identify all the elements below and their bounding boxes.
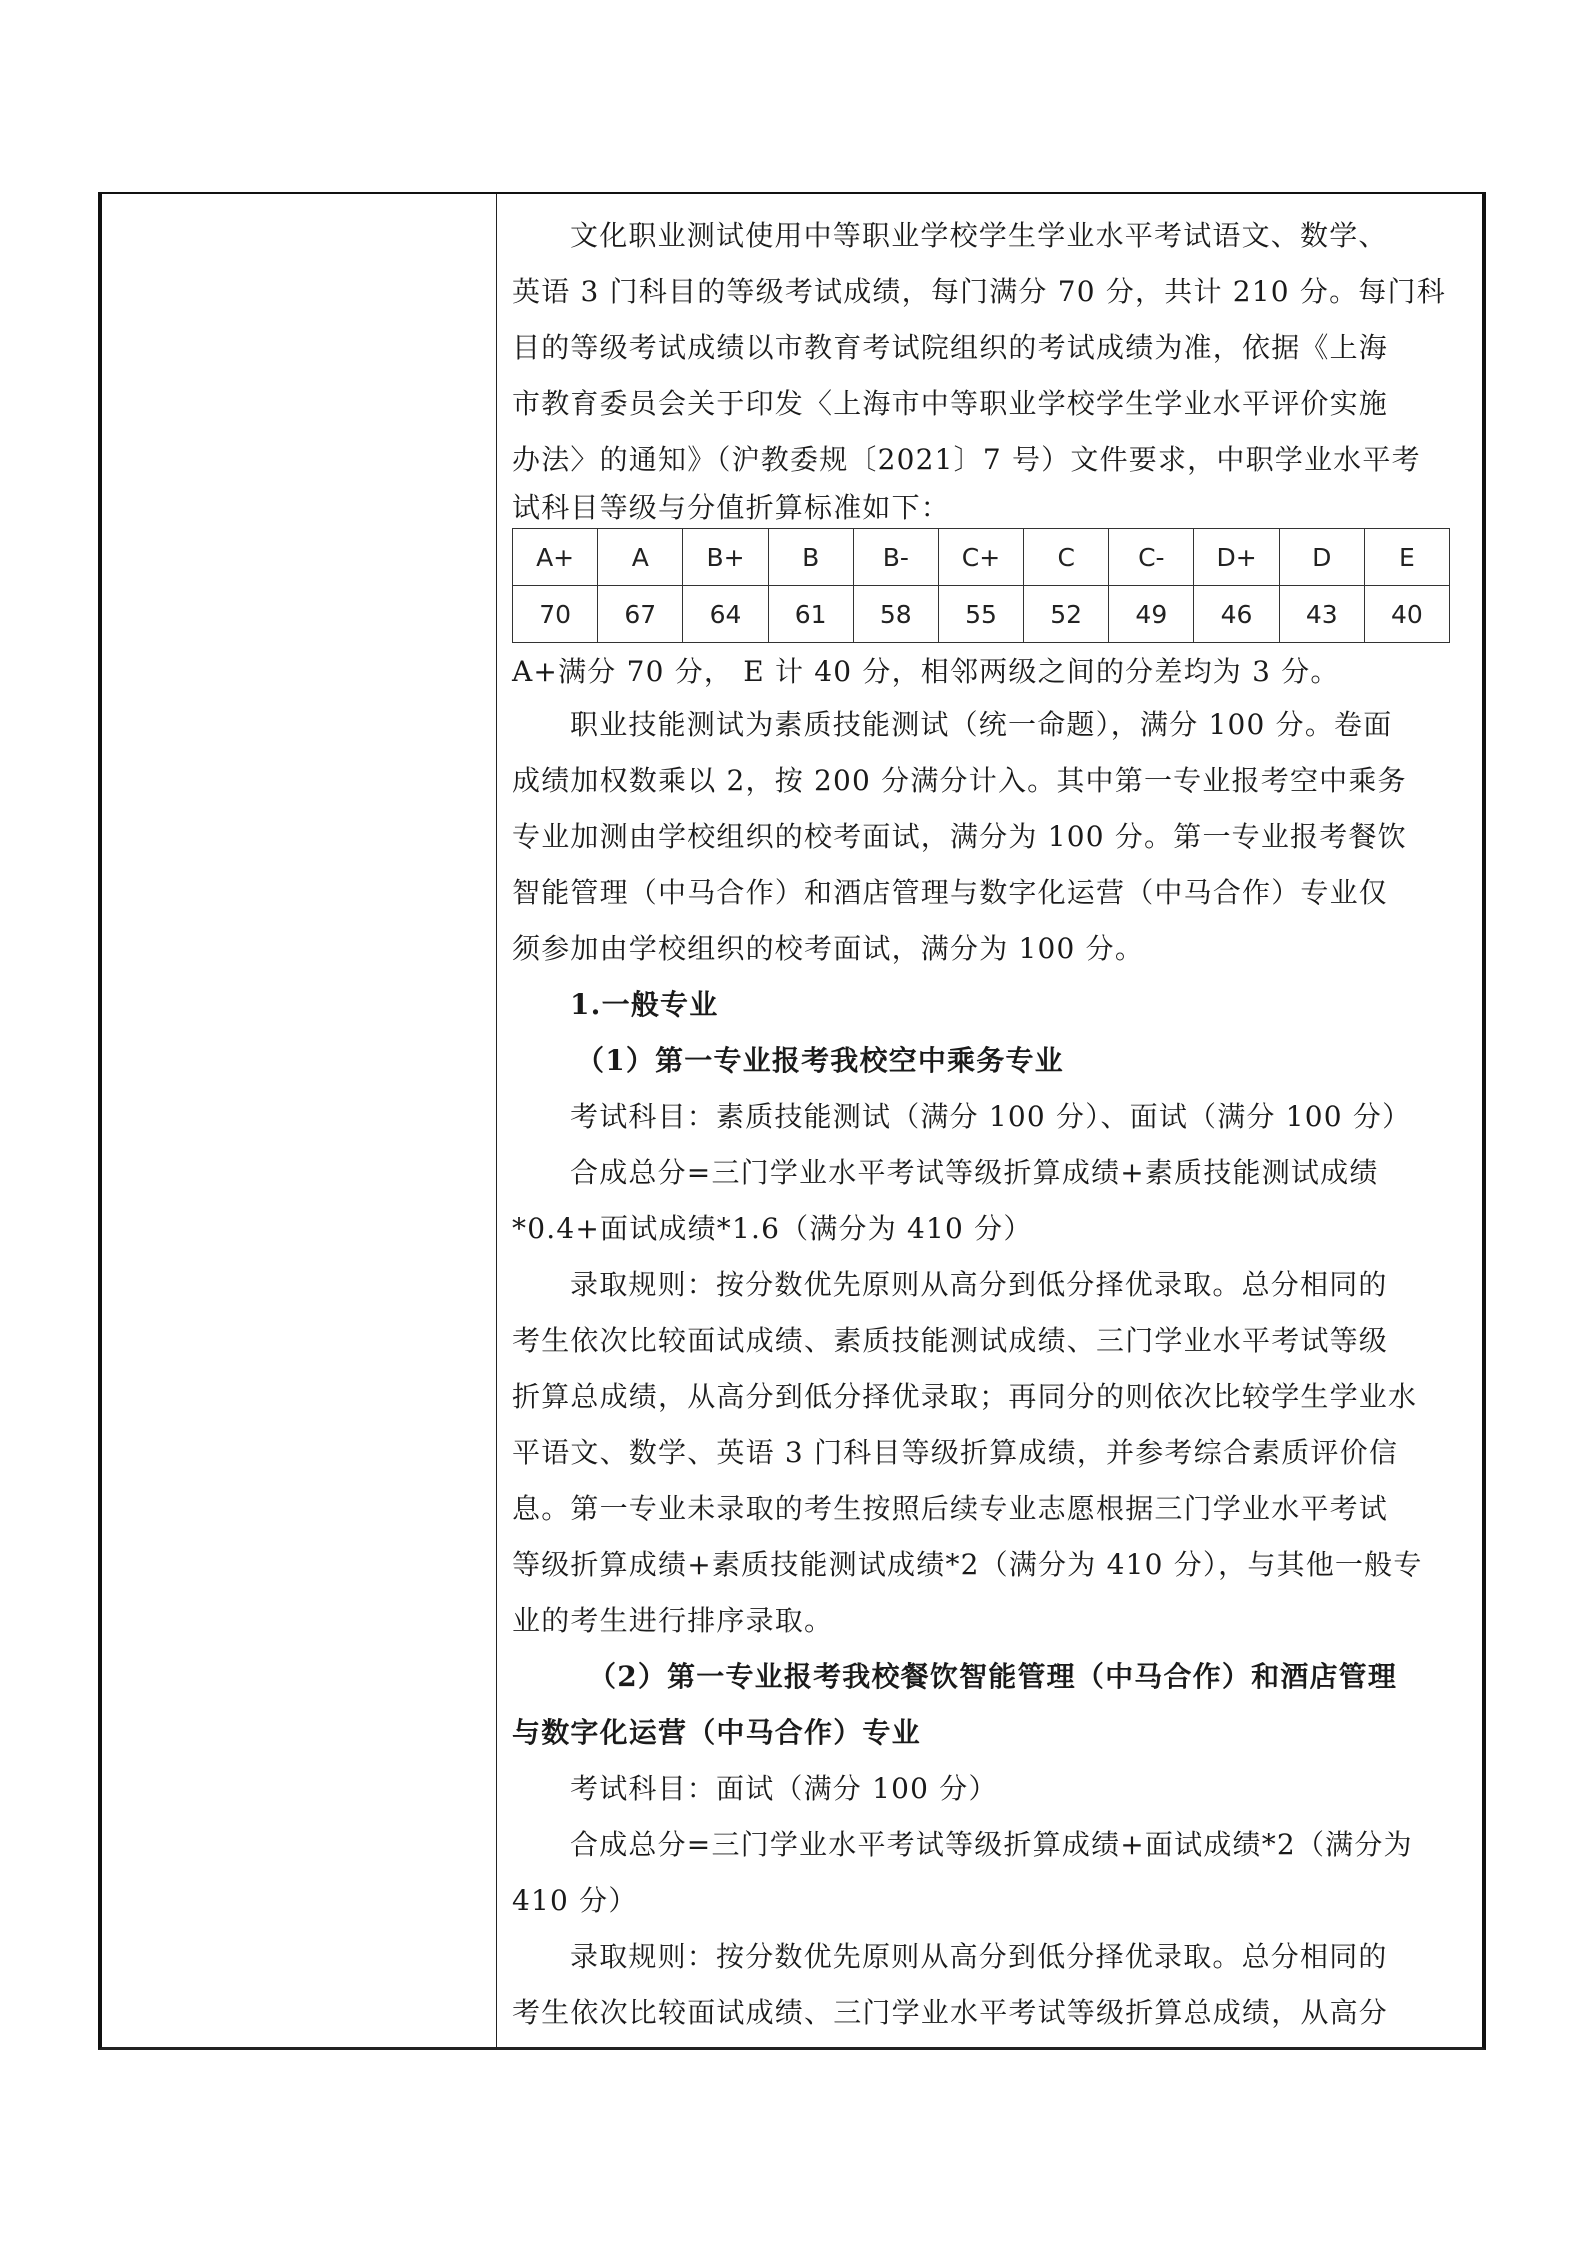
section-heading-general-majors: 1.一般专业 bbox=[512, 977, 1468, 1033]
grade-cell: D bbox=[1279, 529, 1364, 586]
text-line: 折算总成绩，从高分到低分择优录取；再同分的则依次比较学生学业水 bbox=[512, 1369, 1468, 1425]
grade-cell: D+ bbox=[1194, 529, 1279, 586]
grade-row: A+ A B+ B B- C+ C C- D+ D E bbox=[513, 529, 1450, 586]
grade-cell: A bbox=[598, 529, 683, 586]
exam-subjects: 考试科目：面试（满分 100 分） bbox=[512, 1761, 1468, 1817]
grade-cell: C- bbox=[1109, 529, 1194, 586]
score-cell: 64 bbox=[683, 586, 768, 643]
score-cell: 52 bbox=[1024, 586, 1109, 643]
score-cell: 55 bbox=[938, 586, 1023, 643]
score-cell: 49 bbox=[1109, 586, 1194, 643]
admission-rules-paragraph: 录取规则：按分数优先原则从高分到低分择优录取。总分相同的 考生依次比较面试成绩、… bbox=[512, 1257, 1468, 1649]
content-table: 文化职业测试使用中等职业学校学生学业水平考试语文、数学、 英语 3 门科目的等级… bbox=[98, 192, 1486, 2050]
grade-cell: B- bbox=[853, 529, 938, 586]
text-line: 文化职业测试使用中等职业学校学生学业水平考试语文、数学、 bbox=[512, 208, 1468, 264]
grade-cell: C+ bbox=[938, 529, 1023, 586]
text-line: 考生依次比较面试成绩、素质技能测试成绩、三门学业水平考试等级 bbox=[512, 1313, 1468, 1369]
text-line: 专业加测由学校组织的校考面试，满分为 100 分。第一专业报考餐饮 bbox=[512, 809, 1468, 865]
formula-line: 合成总分=三门学业水平考试等级折算成绩+素质技能测试成绩 bbox=[512, 1145, 1468, 1201]
text-line: 录取规则：按分数优先原则从高分到低分择优录取。总分相同的 bbox=[512, 1257, 1468, 1313]
formula-line: 合成总分=三门学业水平考试等级折算成绩+面试成绩*2（满分为 bbox=[512, 1817, 1468, 1873]
score-cell: 46 bbox=[1194, 586, 1279, 643]
grade-note: A+满分 70 分， E 计 40 分，相邻两级之间的分差均为 3 分。 bbox=[512, 643, 1468, 697]
exam-subjects: 考试科目：素质技能测试（满分 100 分）、面试（满分 100 分） bbox=[512, 1089, 1468, 1145]
text-line: 平语文、数学、英语 3 门科目等级折算成绩，并参考综合素质评价信 bbox=[512, 1425, 1468, 1481]
content-column-cell: 文化职业测试使用中等职业学校学生学业水平考试语文、数学、 英语 3 门科目的等级… bbox=[498, 194, 1482, 2047]
text-line: 目的等级考试成绩以市教育考试院组织的考试成绩为准，依据《上海 bbox=[512, 320, 1468, 376]
score-cell: 61 bbox=[768, 586, 853, 643]
grade-cell: E bbox=[1364, 529, 1449, 586]
grade-conversion-table: A+ A B+ B B- C+ C C- D+ D E 70 67 64 61 … bbox=[512, 528, 1450, 643]
text-line: 办法〉的通知》（沪教委规〔2021〕7 号）文件要求，中职学业水平考 bbox=[512, 432, 1468, 488]
text-line: 业的考生进行排序录取。 bbox=[512, 1593, 1468, 1649]
label-column-cell bbox=[102, 194, 497, 2047]
score-cell: 40 bbox=[1364, 586, 1449, 643]
text-line: 英语 3 门科目的等级考试成绩，每门满分 70 分，共计 210 分。每门科 bbox=[512, 264, 1468, 320]
text-line: 须参加由学校组织的校考面试，满分为 100 分。 bbox=[512, 921, 1468, 977]
text-line: 职业技能测试为素质技能测试（统一命题），满分 100 分。卷面 bbox=[512, 697, 1468, 753]
formula-line: *0.4+面试成绩*1.6（满分为 410 分） bbox=[512, 1201, 1468, 1257]
formula-line: 410 分） bbox=[512, 1873, 1468, 1929]
grade-cell: A+ bbox=[513, 529, 598, 586]
grade-cell: C bbox=[1024, 529, 1109, 586]
text-line: 等级折算成绩+素质技能测试成绩*2（满分为 410 分），与其他一般专 bbox=[512, 1537, 1468, 1593]
text-line: 录取规则：按分数优先原则从高分到低分择优录取。总分相同的 bbox=[512, 1929, 1468, 1985]
subsection-heading-catering-hotel-cont: 与数字化运营（中马合作）专业 bbox=[512, 1705, 1468, 1761]
text-line: 息。第一专业未录取的考生按照后续专业志愿根据三门学业水平考试 bbox=[512, 1481, 1468, 1537]
score-cell: 58 bbox=[853, 586, 938, 643]
text-line: 成绩加权数乘以 2，按 200 分满分计入。其中第一专业报考空中乘务 bbox=[512, 753, 1468, 809]
grade-cell: B+ bbox=[683, 529, 768, 586]
text-line: 考生依次比较面试成绩、三门学业水平考试等级折算总成绩，从高分 bbox=[512, 1985, 1468, 2041]
intro-paragraph: 文化职业测试使用中等职业学校学生学业水平考试语文、数学、 英语 3 门科目的等级… bbox=[512, 208, 1468, 528]
subsection-heading-catering-hotel: （2）第一专业报考我校餐饮智能管理（中马合作）和酒店管理 bbox=[512, 1649, 1468, 1705]
text-line: 市教育委员会关于印发〈上海市中等职业学校学生学业水平评价实施 bbox=[512, 376, 1468, 432]
grade-cell: B bbox=[768, 529, 853, 586]
score-cell: 67 bbox=[598, 586, 683, 643]
subsection-heading-flight-attendant: （1）第一专业报考我校空中乘务专业 bbox=[512, 1033, 1468, 1089]
score-cell: 43 bbox=[1279, 586, 1364, 643]
text-line: 试科目等级与分值折算标准如下： bbox=[512, 488, 1468, 528]
admission-rules-paragraph: 录取规则：按分数优先原则从高分到低分择优录取。总分相同的 考生依次比较面试成绩、… bbox=[512, 1929, 1468, 2041]
skills-paragraph: 职业技能测试为素质技能测试（统一命题），满分 100 分。卷面 成绩加权数乘以 … bbox=[512, 697, 1468, 977]
score-row: 70 67 64 61 58 55 52 49 46 43 40 bbox=[513, 586, 1450, 643]
text-line: 智能管理（中马合作）和酒店管理与数字化运营（中马合作）专业仅 bbox=[512, 865, 1468, 921]
score-cell: 70 bbox=[513, 586, 598, 643]
